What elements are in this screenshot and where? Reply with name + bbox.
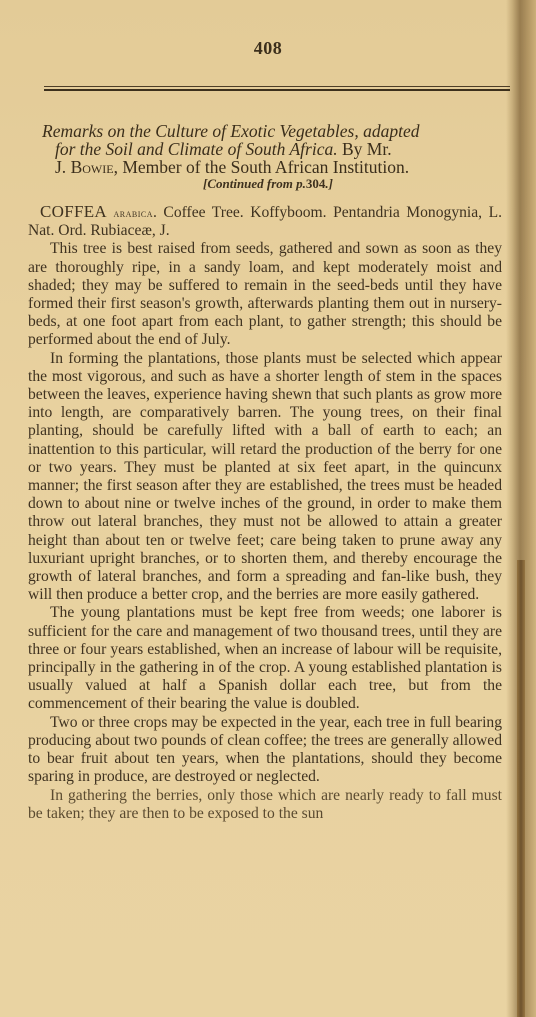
author-initial: J. <box>55 157 71 177</box>
genus-name: COFFEA <box>40 202 107 221</box>
header-rule-thin <box>44 86 510 87</box>
page-binding-edge <box>517 560 525 1017</box>
species-name: arabica <box>114 206 154 220</box>
header-rule-thick <box>44 89 510 91</box>
article-body: COFFEA arabica. Coffee Tree. Koffyboom. … <box>28 203 502 823</box>
article-title-italic: for the Soil and Climate of South Africa… <box>55 139 338 159</box>
article-heading: Remarks on the Culture of Exotic Vegetab… <box>42 122 528 176</box>
article-byline-prefix: By Mr. <box>338 139 392 159</box>
paragraph-gathering: In gathering the berries, only those whi… <box>28 787 502 823</box>
article-title-line-2: for the Soil and Climate of South Africa… <box>42 140 528 158</box>
book-page: 408 Remarks on the Culture of Exotic Veg… <box>0 0 536 1017</box>
paragraph-plantations: In forming the plantations, those plants… <box>28 350 502 605</box>
entry-header-paragraph: COFFEA arabica. Coffee Tree. Koffyboom. … <box>28 203 502 240</box>
author-affiliation: , Member of the South African Institutio… <box>114 157 410 177</box>
author-surname: Bowie <box>71 157 114 177</box>
paragraph-crops: Two or three crops may be expected in th… <box>28 714 502 787</box>
continued-note: [Continued from p.304.] <box>0 176 536 192</box>
continued-prefix: [Continued from p. <box>203 176 306 191</box>
page-number: 408 <box>0 38 536 59</box>
article-title-line-1: Remarks on the Culture of Exotic Vegetab… <box>42 122 528 140</box>
continued-suffix: .] <box>325 176 333 191</box>
continued-page-number: 304 <box>306 176 326 191</box>
paragraph-labour: The young plantations must be kept free … <box>28 604 502 713</box>
paragraph-propagation: This tree is best raised from seeds, gat… <box>28 240 502 349</box>
article-author-line: J. Bowie, Member of the South African In… <box>42 158 528 176</box>
